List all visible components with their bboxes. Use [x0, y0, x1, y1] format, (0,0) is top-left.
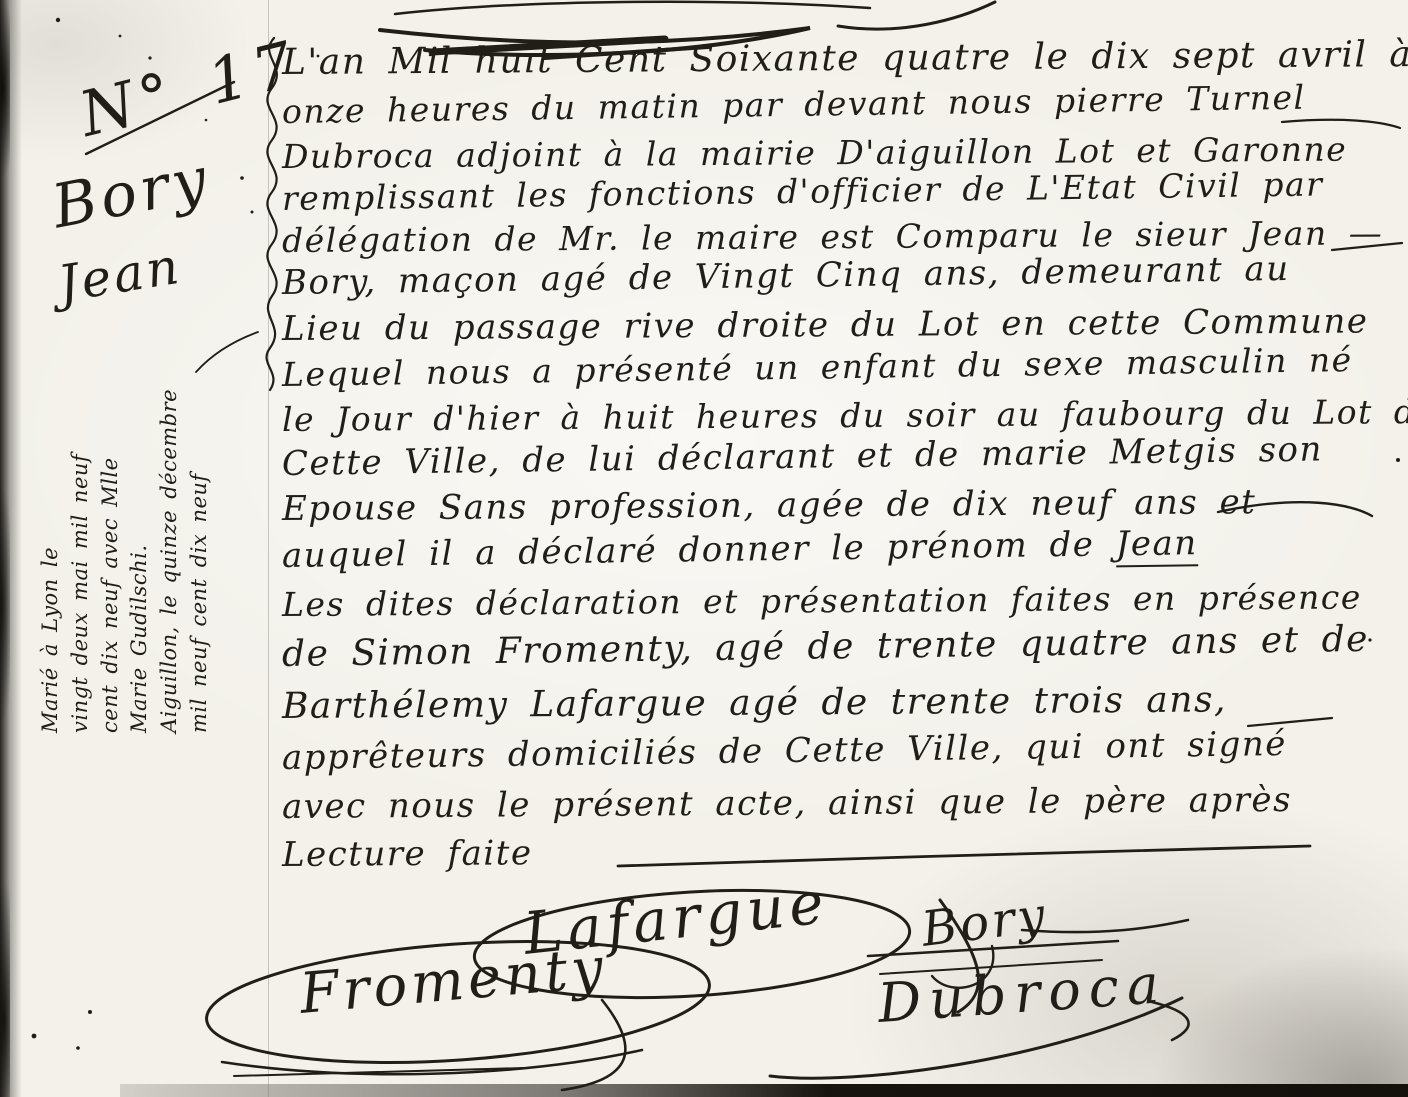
act-number: N° 17 [72, 26, 306, 151]
body-line-2: onze heures du matin par devant nous pie… [282, 78, 1306, 131]
marginal-note-line: cent dix neuf avec Mlle [97, 327, 124, 733]
left-scan-edge-blotches [0, 0, 10, 1097]
pen-stroke-lecture-faite [618, 846, 1310, 866]
marginal-note-line: Marié à Lyon le [37, 327, 64, 733]
scanned-civil-register-page: N° 17 Bory Jean Marié à Lyon le vingt de… [0, 0, 1408, 1097]
margin-surname: Bory [47, 143, 216, 242]
margin-rule-line [268, 0, 269, 1097]
body-line-11: Epouse Sans profession, agée de dix neuf… [282, 482, 1257, 529]
body-line-18: Lecture faite [282, 833, 533, 875]
body-line-1: L'an Mil huit Cent Soixante quatre le di… [282, 34, 1408, 83]
margin-given-name: Jean [54, 237, 185, 314]
body-line-12: auquel il a déclaré donner le prénom de … [282, 523, 1198, 576]
marginal-note-line: vingt deux mai mil neuf [67, 327, 94, 733]
body-line-13: Les dites déclaration et présentation fa… [282, 577, 1362, 624]
marginal-note-line: Aiguillon, le quinze décembre [156, 327, 183, 733]
signature-officer-dubroca: Dubroca [876, 952, 1169, 1035]
body-line-17: avec nous le présent acte, ainsi que le … [282, 780, 1292, 827]
marginal-marriage-note: Marié à Lyon le vingt deux mai mil neuf … [37, 327, 213, 733]
body-line-16: apprêteurs domiciliés de Cette Ville, qu… [282, 724, 1287, 778]
child-name-underlined: Jean [1115, 523, 1198, 567]
pen-stroke-line2-end [1282, 120, 1400, 128]
bottom-scan-band [120, 1084, 1408, 1097]
signature-bory: Bory [919, 887, 1051, 958]
body-line-12-prefix: auquel il a déclaré donner le prénom de [282, 524, 1116, 576]
body-line-15: Barthélemy Lafargue agé de trente trois … [282, 679, 1227, 727]
body-line-14: de Simon Fromenty, agé de trente quatre … [282, 619, 1369, 675]
marginal-note-line: Marie Gudilschi. [126, 327, 153, 733]
body-line-8: Lequel nous a présenté un enfant du sexe… [282, 340, 1353, 394]
signature-lafargue: Lafargue [520, 868, 831, 968]
marginal-note-line: mil neuf cent dix neuf [186, 327, 213, 733]
